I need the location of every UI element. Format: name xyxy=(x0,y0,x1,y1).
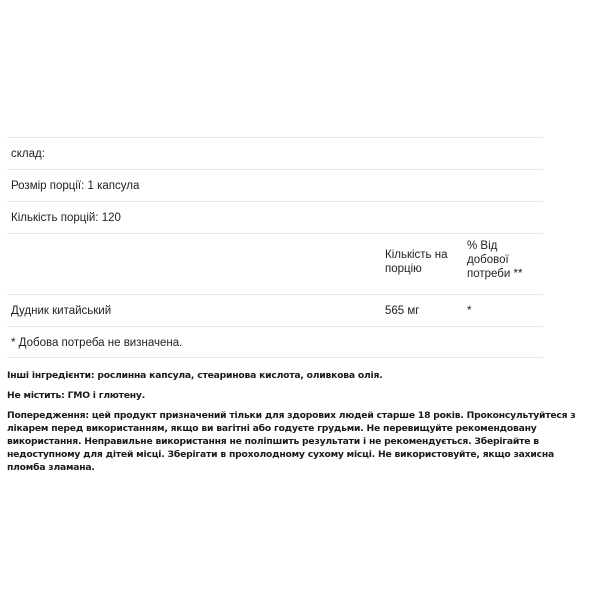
servings-per-container: Кількість порцій: 120 xyxy=(11,212,121,224)
table-row: Дудник китайський 565 мг * xyxy=(7,294,543,326)
supplement-facts-table: склад: Розмір порції: 1 капсула Кількіст… xyxy=(7,137,543,358)
servings-per-container-row: Кількість порцій: 120 xyxy=(7,201,543,233)
composition-row: склад: xyxy=(7,137,543,169)
composition-label: склад: xyxy=(11,148,45,160)
footnote-row: * Добова потреба не визначена. xyxy=(7,326,543,358)
ingredient-name: Дудник китайський xyxy=(11,304,111,318)
header-daily-value: % Від добової потреби ** xyxy=(467,239,542,281)
serving-size-row: Розмір порції: 1 капсула xyxy=(7,169,543,201)
other-ingredients: Інші інгредієнти: рослинна капсула, стеа… xyxy=(7,369,597,382)
footnote: * Добова потреба не визначена. xyxy=(11,337,182,349)
ingredient-amount: 565 мг xyxy=(385,304,419,318)
free-from: Не містить: ГМО і глютену. xyxy=(7,389,597,402)
warning-text: Попередження: цей продукт призначений ті… xyxy=(7,409,592,474)
serving-size: Розмір порції: 1 капсула xyxy=(11,180,139,192)
header-amount: Кількість на порцію xyxy=(385,248,460,276)
ingredient-daily-value: * xyxy=(467,304,471,318)
table-header-row: Кількість на порцію % Від добової потреб… xyxy=(7,233,543,294)
